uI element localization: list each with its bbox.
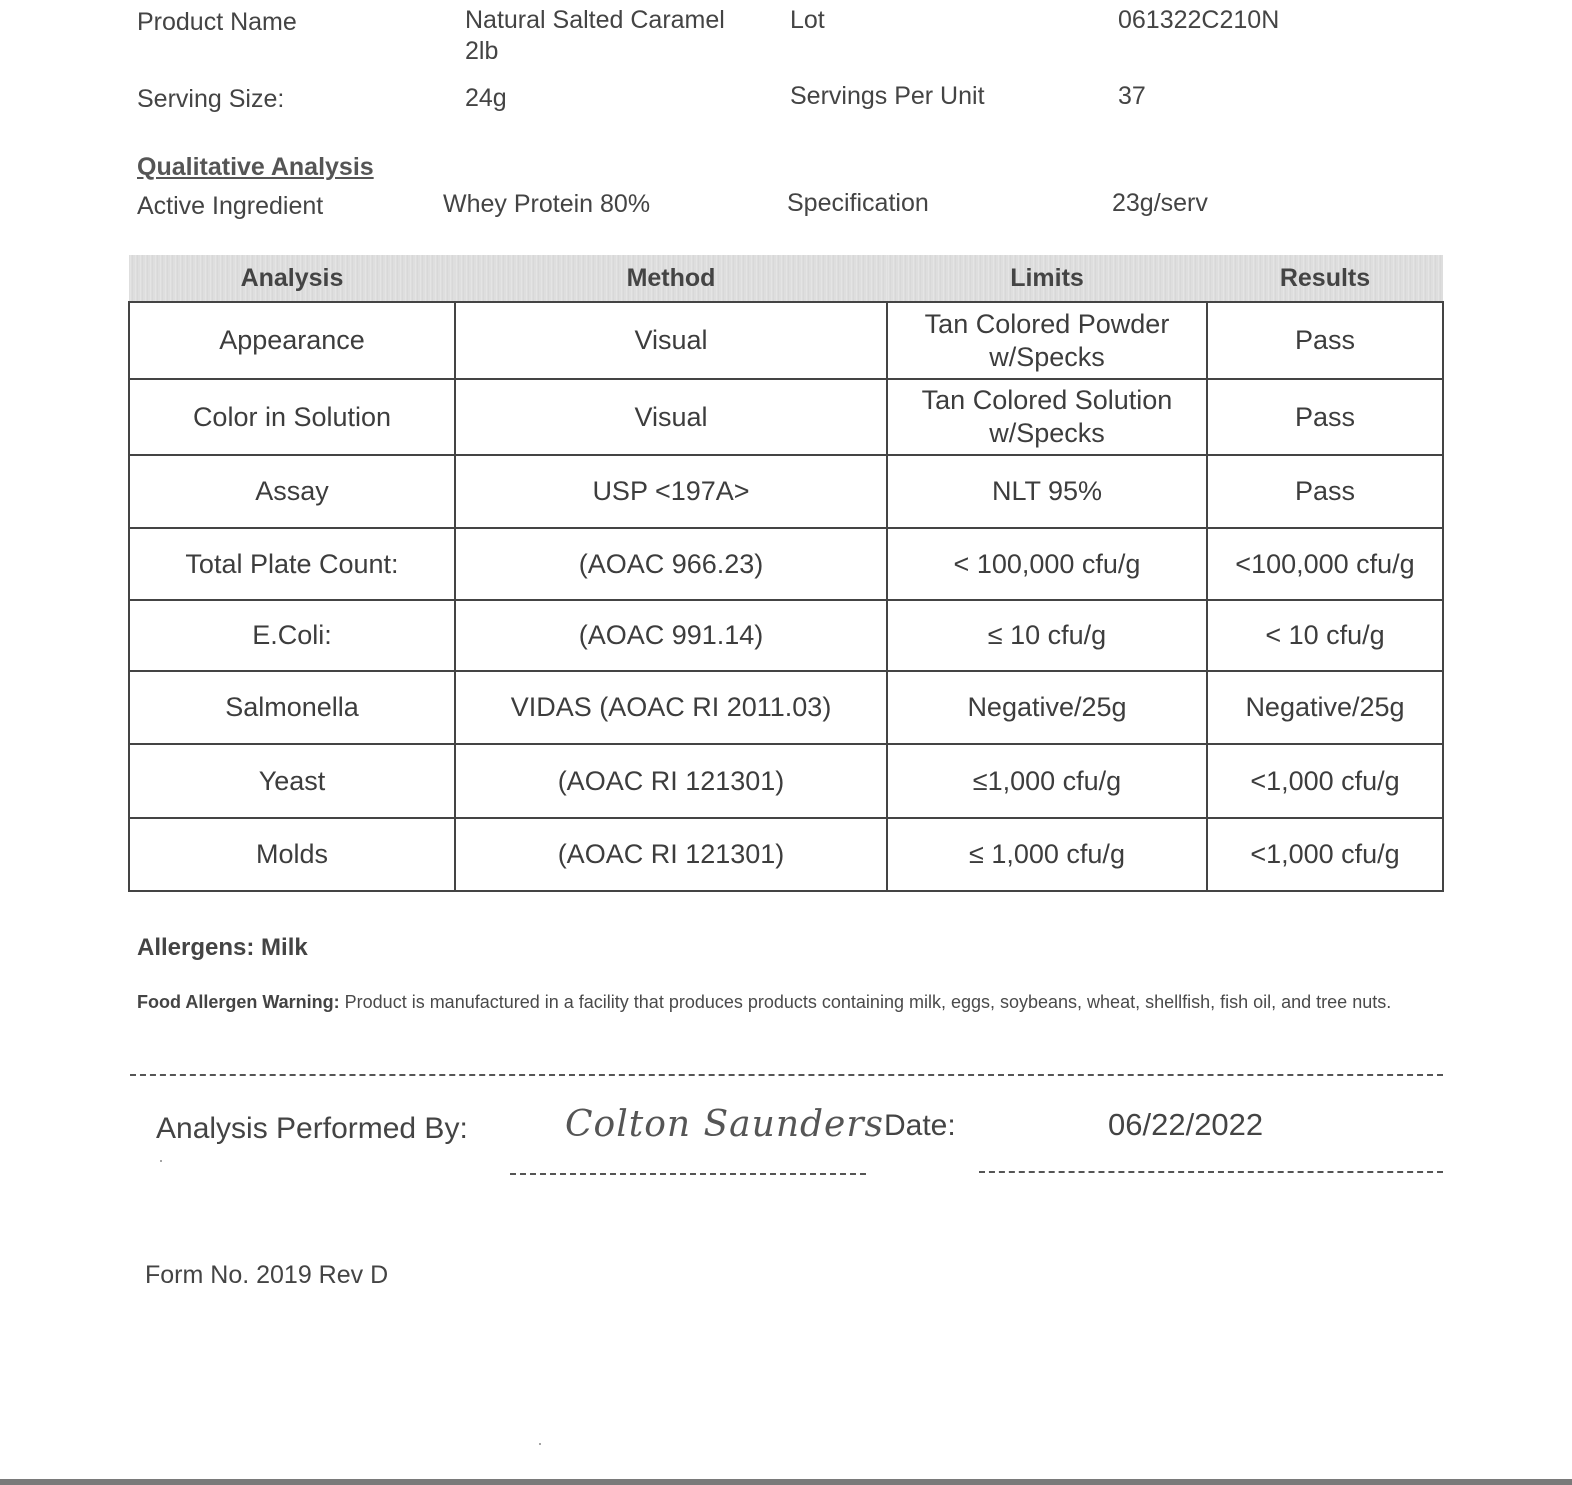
- analysis-cell: E.Coli:: [129, 600, 455, 671]
- serving-size-value: 24g: [465, 84, 507, 113]
- limits-cell: < 100,000 cfu/g: [887, 528, 1207, 600]
- analysis-table: Analysis Method Limits Results Appearanc…: [128, 255, 1444, 892]
- column-header-results: Results: [1207, 255, 1443, 302]
- serving-size-label: Serving Size:: [137, 85, 284, 114]
- limits-line-1: NLT 95%: [888, 475, 1206, 508]
- limits-cell: Negative/25g: [887, 671, 1207, 744]
- result-cell: <1,000 cfu/g: [1207, 744, 1443, 818]
- lot-label: Lot: [790, 6, 825, 35]
- performed-by-label: Analysis Performed By:: [156, 1112, 468, 1146]
- table-row: SalmonellaVIDAS (AOAC RI 2011.03)Negativ…: [129, 671, 1443, 744]
- date-line: [979, 1171, 1443, 1173]
- scan-bottom-edge: [0, 1479, 1572, 1485]
- limits-cell: NLT 95%: [887, 455, 1207, 528]
- allergen-warning-text: Product is manufactured in a facility th…: [340, 992, 1392, 1012]
- table-row: Molds(AOAC RI 121301)≤ 1,000 cfu/g<1,000…: [129, 818, 1443, 891]
- limits-cell: ≤ 10 cfu/g: [887, 600, 1207, 671]
- product-name-label: Product Name: [137, 8, 297, 37]
- table-row: Yeast(AOAC RI 121301)≤1,000 cfu/g<1,000 …: [129, 744, 1443, 818]
- table-header-row: Analysis Method Limits Results: [129, 255, 1443, 302]
- analysis-cell: Yeast: [129, 744, 455, 818]
- date-label: Date:: [884, 1109, 956, 1143]
- signature-line: [510, 1173, 866, 1175]
- analysis-cell: Molds: [129, 818, 455, 891]
- limits-line-1: Tan Colored Solution: [888, 384, 1206, 417]
- table-row: AssayUSP <197A>NLT 95%Pass: [129, 455, 1443, 528]
- result-cell: <100,000 cfu/g: [1207, 528, 1443, 600]
- qualitative-analysis-title: Qualitative Analysis: [137, 153, 374, 182]
- method-cell: (AOAC 966.23): [455, 528, 887, 600]
- scan-speck: [160, 1160, 162, 1162]
- analysis-cell: Total Plate Count:: [129, 528, 455, 600]
- limits-cell: Tan Colored Powderw/Specks: [887, 302, 1207, 379]
- active-ingredient-value: Whey Protein 80%: [443, 190, 650, 219]
- limits-line-1: ≤1,000 cfu/g: [888, 765, 1206, 798]
- method-cell: VIDAS (AOAC RI 2011.03): [455, 671, 887, 744]
- specification-value: 23g/serv: [1112, 189, 1208, 218]
- result-cell: Negative/25g: [1207, 671, 1443, 744]
- lot-value: 061322C210N: [1118, 6, 1279, 35]
- result-cell: Pass: [1207, 302, 1443, 379]
- method-cell: USP <197A>: [455, 455, 887, 528]
- scan-speck: [539, 1443, 541, 1445]
- analysis-cell: Color in Solution: [129, 379, 455, 455]
- limits-line-1: ≤ 10 cfu/g: [888, 619, 1206, 652]
- limits-line-2: w/Specks: [888, 417, 1206, 450]
- limits-line-1: Negative/25g: [888, 691, 1206, 724]
- method-cell: (AOAC RI 121301): [455, 818, 887, 891]
- analysis-cell: Assay: [129, 455, 455, 528]
- servings-per-unit-value: 37: [1118, 82, 1146, 111]
- date-value: 06/22/2022: [1108, 1107, 1263, 1143]
- product-name-value-line1: Natural Salted Caramel: [465, 6, 725, 35]
- limits-line-1: Tan Colored Powder: [888, 308, 1206, 341]
- product-name-value-line2: 2lb: [465, 37, 498, 66]
- method-cell: Visual: [455, 302, 887, 379]
- limits-line-1: < 100,000 cfu/g: [888, 548, 1206, 581]
- analysis-cell: Appearance: [129, 302, 455, 379]
- limits-cell: Tan Colored Solutionw/Specks: [887, 379, 1207, 455]
- method-cell: (AOAC 991.14): [455, 600, 887, 671]
- column-header-analysis: Analysis: [129, 255, 455, 302]
- table-row: Color in SolutionVisualTan Colored Solut…: [129, 379, 1443, 455]
- form-number: Form No. 2019 Rev D: [145, 1261, 388, 1290]
- method-cell: (AOAC RI 121301): [455, 744, 887, 818]
- result-cell: <1,000 cfu/g: [1207, 818, 1443, 891]
- limits-line-2: w/Specks: [888, 341, 1206, 374]
- divider-line: [130, 1074, 1443, 1076]
- allergens-title: Allergens: Milk: [137, 934, 308, 962]
- method-cell: Visual: [455, 379, 887, 455]
- limits-cell: ≤1,000 cfu/g: [887, 744, 1207, 818]
- analysis-cell: Salmonella: [129, 671, 455, 744]
- allergen-warning: Food Allergen Warning: Product is manufa…: [137, 989, 1447, 1016]
- table-row: Total Plate Count:(AOAC 966.23)< 100,000…: [129, 528, 1443, 600]
- servings-per-unit-label: Servings Per Unit: [790, 82, 985, 111]
- result-cell: < 10 cfu/g: [1207, 600, 1443, 671]
- result-cell: Pass: [1207, 379, 1443, 455]
- column-header-method: Method: [455, 255, 887, 302]
- limits-cell: ≤ 1,000 cfu/g: [887, 818, 1207, 891]
- column-header-limits: Limits: [887, 255, 1207, 302]
- result-cell: Pass: [1207, 455, 1443, 528]
- table-row: E.Coli:(AOAC 991.14)≤ 10 cfu/g< 10 cfu/g: [129, 600, 1443, 671]
- specification-label: Specification: [787, 189, 929, 218]
- table-row: AppearanceVisualTan Colored Powderw/Spec…: [129, 302, 1443, 379]
- analyst-signature: Colton Saunders: [565, 1104, 884, 1145]
- active-ingredient-label: Active Ingredient: [137, 192, 323, 221]
- allergen-warning-label: Food Allergen Warning:: [137, 992, 340, 1012]
- limits-line-1: ≤ 1,000 cfu/g: [888, 838, 1206, 871]
